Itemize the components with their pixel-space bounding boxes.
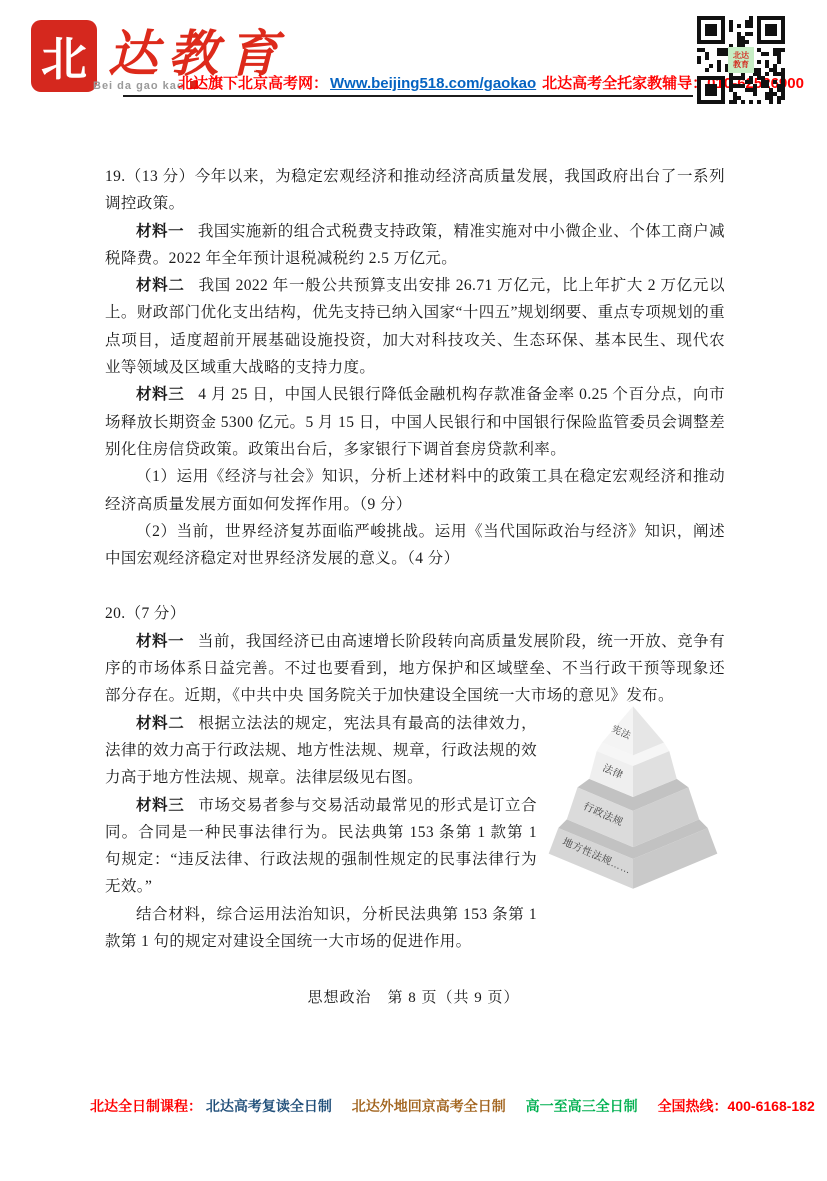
- ad-segment-waidi: 北达外地回京高考全日制: [352, 1098, 506, 1114]
- q19-material-3-text: 4 月 25 日，中国人民银行降低金融机构存款准备金率 0.25 个百分点，向市…: [105, 386, 725, 458]
- q19-intro: 19.（13 分）今年以来，为稳定宏观经济和推动经济高质量发展，我国政府出台了一…: [105, 163, 725, 218]
- bottom-ad-bar: 北达全日制课程： 北达高考复读全日制 北达外地回京高考全日制 高一至高三全日制 …: [90, 1096, 827, 1116]
- brand-seal-logo: 北: [33, 22, 95, 90]
- q19-material-1-text: 我国实施新的组合式税费支持政策，精准实施对中小微企业、个体工商户减税降费。202…: [105, 223, 725, 267]
- question-20: 20.（7 分） 材料一当前，我国经济已由高速增长阶段转向高质量发展阶段，统一开…: [105, 600, 725, 955]
- header-divider: [123, 95, 693, 97]
- q20-head: 20.（7 分）: [105, 600, 725, 627]
- qr-code: 北达 教育: [697, 16, 785, 104]
- q19-material-1-label: 材料一: [136, 223, 184, 240]
- page-header: 北 达教育 Bei da gao kao 北达旗下北京高考网：Www.beiji…: [0, 0, 827, 110]
- q20-closing-task: 结合材料，综合运用法治知识，分析民法典第 153 条第 1 款第 1 句的规定对…: [105, 901, 725, 956]
- q19-material-1: 材料一我国实施新的组合式税费支持政策，精准实施对中小微企业、个体工商户减税降费。…: [105, 218, 725, 273]
- q20-material-3-label: 材料三: [136, 797, 184, 814]
- question-19: 19.（13 分）今年以来，为稳定宏观经济和推动经济高质量发展，我国政府出台了一…: [105, 163, 725, 572]
- page-number-footer: 思想政治 第 8 页（共 9 页）: [0, 986, 827, 1007]
- exam-page: 北 达教育 Bei da gao kao 北达旗下北京高考网：Www.beiji…: [0, 0, 827, 1181]
- pyramid-svg: 宪法 法律 行政法规 地方性法规……: [547, 702, 719, 892]
- q20-material-1-label: 材料一: [136, 633, 184, 650]
- q19-subquestion-2: （2）当前，世界经济复苏面临严峻挑战。运用《当代国际政治与经济》知识，阐述中国宏…: [105, 518, 725, 573]
- q19-material-2-label: 材料二: [136, 277, 185, 294]
- q19-material-3-label: 材料三: [136, 386, 184, 403]
- gaokao-site-link[interactable]: Www.beijing518.com/gaokao: [330, 75, 536, 92]
- q20-material-1-text: 当前，我国经济已由高速增长阶段转向高质量发展阶段，统一开放、竞争有序的市场体系日…: [105, 633, 725, 705]
- ad-segment-fudu: 北达高考复读全日制: [206, 1098, 332, 1114]
- ad-segment-courses-label: 北达全日制课程：: [90, 1098, 202, 1114]
- ad-segment-gaoyi-gaosan: 高一至高三全日制: [526, 1098, 638, 1114]
- brand-subtitle-text: Bei da gao kao: [93, 80, 185, 92]
- ad-segment-hotline: 全国热线：400-6168-182: [658, 1098, 815, 1114]
- q19-material-3: 材料三4 月 25 日，中国人民银行降低金融机构存款准备金率 0.25 个百分点…: [105, 381, 725, 463]
- qr-center-label: 北达 教育: [728, 47, 754, 73]
- q20-material-2-label: 材料二: [136, 715, 184, 732]
- exam-body: 19.（13 分）今年以来，为稳定宏观经济和推动经济高质量发展，我国政府出台了一…: [105, 163, 725, 955]
- law-hierarchy-pyramid-diagram: 宪法 法律 行政法规 地方性法规……: [547, 702, 719, 902]
- q19-material-2-text: 我国 2022 年一般公共预算支出安排 26.71 万亿元，比上年扩大 2 万亿…: [105, 277, 725, 376]
- q19-subquestion-1: （1）运用《经济与社会》知识，分析上述材料中的政策工具在稳定宏观经济和推动经济高…: [105, 463, 725, 518]
- qr-center-line2: 教育: [733, 60, 749, 69]
- qr-center-line1: 北达: [733, 51, 749, 60]
- q19-material-2: 材料二我国 2022 年一般公共预算支出安排 26.71 万亿元，比上年扩大 2…: [105, 272, 725, 381]
- contact-left-label: 北达旗下北京高考网：: [178, 75, 328, 92]
- q20-material-1: 材料一当前，我国经济已由高速增长阶段转向高质量发展阶段，统一开放、竞争有序的市场…: [105, 628, 725, 710]
